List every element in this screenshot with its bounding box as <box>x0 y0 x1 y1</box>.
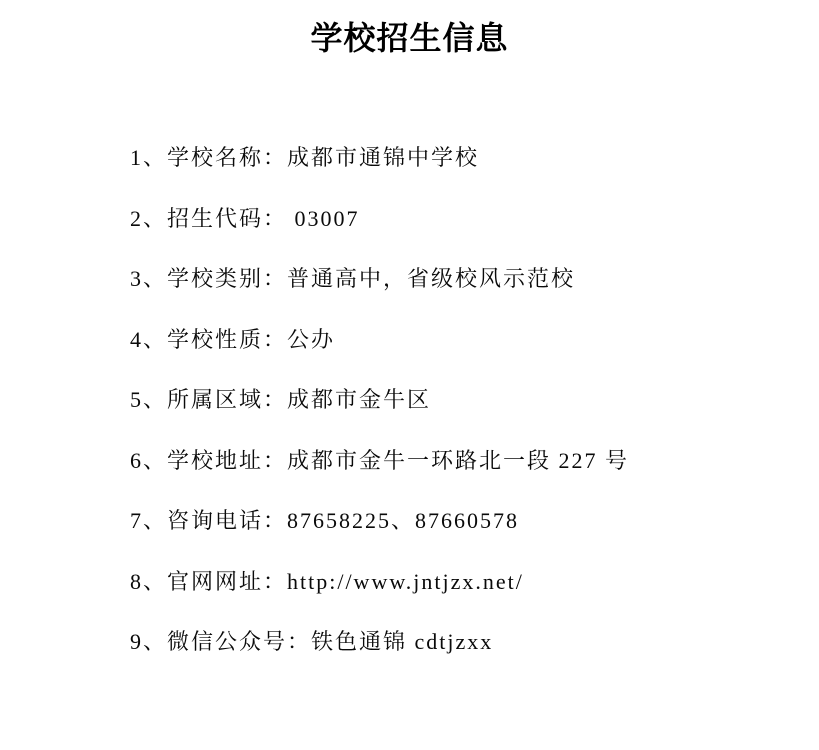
info-line-wechat: 9、微信公众号：铁色通锦 cdtjzxx <box>130 612 819 673</box>
info-line-admission-code: 2、招生代码： 03007 <box>130 189 819 250</box>
info-line-school-name: 1、学校名称：成都市通锦中学校 <box>130 128 819 189</box>
info-line-school-type: 4、学校性质：公办 <box>130 310 819 371</box>
school-info-list: 1、学校名称：成都市通锦中学校 2、招生代码： 03007 3、学校类别：普通高… <box>130 128 819 673</box>
page-title: 学校招生信息 <box>0 0 819 58</box>
info-line-school-category: 3、学校类别：普通高中，省级校风示范校 <box>130 249 819 310</box>
info-line-phone: 7、咨询电话：87658225、87660578 <box>130 491 819 552</box>
info-line-website: 8、官网网址：http://www.jntjzx.net/ <box>130 552 819 613</box>
info-line-district: 5、所属区域：成都市金牛区 <box>130 370 819 431</box>
info-line-address: 6、学校地址：成都市金牛一环路北一段 227 号 <box>130 431 819 492</box>
document-page: 学校招生信息 1、学校名称：成都市通锦中学校 2、招生代码： 03007 3、学… <box>0 0 819 750</box>
